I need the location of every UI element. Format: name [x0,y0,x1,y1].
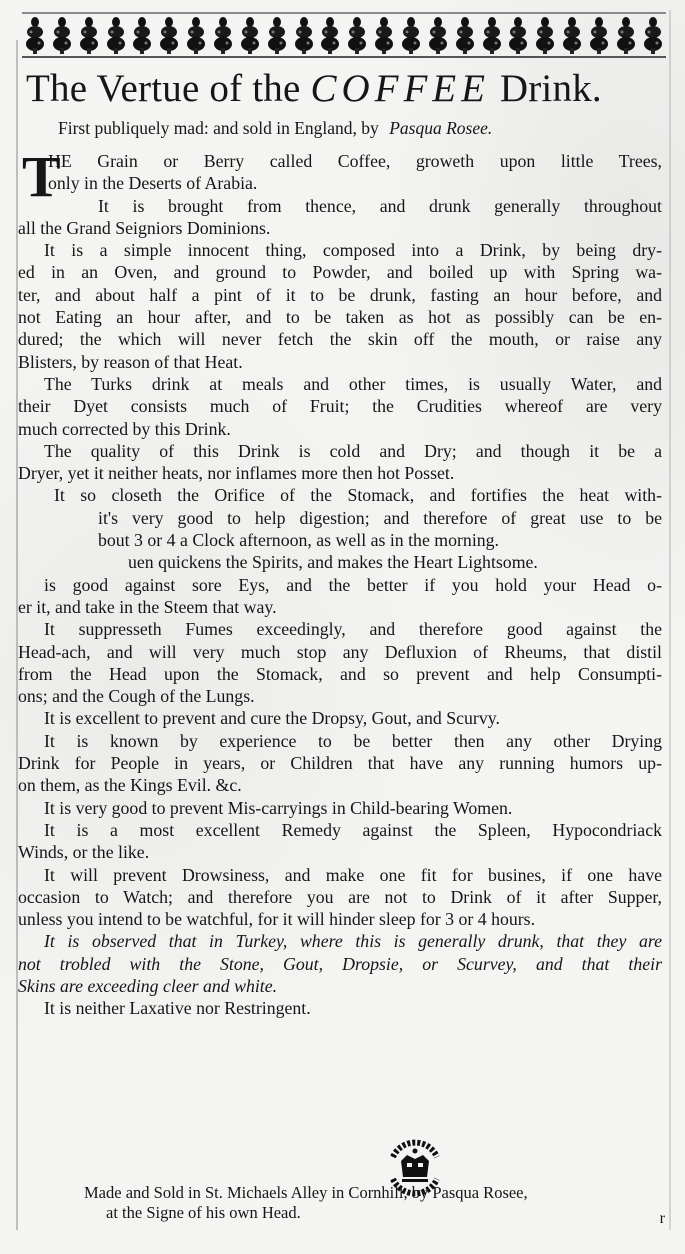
fleuron-ornament-icon [131,15,153,55]
title-part-1: The Vertue of the [26,67,310,110]
fleuron-ornament-icon [51,15,73,55]
text-line: It will prevent Drowsiness, and make one… [18,864,662,886]
fleuron-ornament-icon [588,15,610,55]
text-line: Winds, or the like. [18,841,662,863]
text-line: It is observed that in Turkey, where thi… [18,930,662,952]
fleuron-ornament-icon [24,15,46,55]
fleuron-ornament-icon [105,15,127,55]
fleuron-ornament-icon [266,15,288,55]
fleuron-ornament-icon [561,15,583,55]
text-line: It is neither Laxative nor Restringent. [18,997,662,1019]
drop-cap: T [22,152,61,202]
text-line: unless you intend to be watchful, for it… [18,908,662,930]
text-line: The Turks drink at meals and other times… [18,373,662,395]
text-line: uen quickens the Spirits, and makes the … [18,551,662,573]
imprint: Made and Sold in St. Michaels Alley in C… [84,1183,528,1223]
fleuron-ornament-icon [78,15,100,55]
text-line: It is a most excellent Remedy against th… [18,819,662,841]
text-line: Drink for People in years, or Children t… [18,752,662,774]
text-line: much corrected by this Drink. [18,418,662,440]
fleuron-ornament-icon [346,15,368,55]
text-line: all the Grand Seigniors Dominions. [18,217,662,239]
text-line: The quality of this Drink is cold and Dr… [18,440,662,462]
text-line: from the Head upon the Stomack, and so p… [18,663,662,685]
broadside-page: The Vertue of the COFFEE Drink. First pu… [0,0,685,1254]
fleuron-ornament-icon [319,15,341,55]
fleuron-ornament-icon [454,15,476,55]
text-line: it's very good to help digestion; and th… [18,507,662,529]
ornamental-border [22,12,666,58]
fleuron-ornament-icon [239,15,261,55]
fleuron-ornament-icon [534,15,556,55]
text-line: their Dyet consists much of Fruit; the C… [18,395,662,417]
fleuron-ornament-icon [185,15,207,55]
text-line: Head-ach, and will very much stop any De… [18,641,662,663]
text-line: not Eating an hour after, and to be take… [18,306,662,328]
text-line: er it, and take in the Steem that way. [18,596,662,618]
text-line: occasion to Watch; and therefore you are… [18,886,662,908]
text-line: ter, and about half a pint of it to be d… [18,284,662,306]
text-line: It is brought from thence, and drunk gen… [18,195,662,217]
fleuron-ornament-icon [373,15,395,55]
subtitle-text: First publiquely mad: and sold in Englan… [58,118,379,138]
text-line: It is excellent to prevent and cure the … [18,707,662,729]
text-line: Skins are exceeding cleer and white. [18,975,662,997]
title-part-3: Drink. [490,67,602,110]
text-line: ed in an Oven, and ground to Powder, and… [18,261,662,283]
text-line: bout 3 or 4 a Clock afternoon, as well a… [18,529,662,551]
text-line: Blisters, by reason of that Heat. [18,351,662,373]
fleuron-ornament-icon [481,15,503,55]
imprint-line-1: Made and Sold in St. Michaels Alley in C… [84,1183,528,1202]
title-coffee: COFFEE [310,67,489,110]
page-title: The Vertue of the COFFEE Drink. [26,66,666,112]
subtitle: First publiquely mad: and sold in Englan… [58,118,492,139]
fleuron-ornament-icon [293,15,315,55]
text-line: is good against sore Eys, and the better… [18,574,662,596]
text-line: It is a simple innocent thing, composed … [18,239,662,261]
fleuron-ornament-icon [158,15,180,55]
fleuron-ornament-icon [507,15,529,55]
text-line: HE Grain or Berry called Coffee, groweth… [18,150,662,172]
imprint-line-2: at the Signe of his own Head. [84,1203,528,1223]
text-line: It is known by experience to be better t… [18,730,662,752]
text-line: It is very good to prevent Mis-carryings… [18,797,662,819]
text-line: It so closeth the Orifice of the Stomack… [18,484,662,506]
page-frame-right [669,10,671,1230]
fleuron-ornament-icon [400,15,422,55]
corner-mark: r [660,1210,665,1228]
text-line: not trobled with the Stone, Gout, Dropsi… [18,953,662,975]
fleuron-ornament-icon [642,15,664,55]
fleuron-ornament-icon [427,15,449,55]
subtitle-name: Pasqua Rosee. [389,118,492,138]
fleuron-ornament-icon [212,15,234,55]
text-line: dured; the which will never fetch the sk… [18,328,662,350]
body-text: T HE Grain or Berry called Coffee, growe… [18,150,662,1020]
fleuron-ornament-icon [615,15,637,55]
text-line: It suppresseth Fumes exceedingly, and th… [18,618,662,640]
text-line: Dryer, yet it neither heats, nor inflame… [18,462,662,484]
text-line: on them, as the Kings Evil. &c. [18,774,662,796]
text-line: only in the Deserts of Arabia. [18,172,662,194]
text-line: ons; and the Cough of the Lungs. [18,685,662,707]
